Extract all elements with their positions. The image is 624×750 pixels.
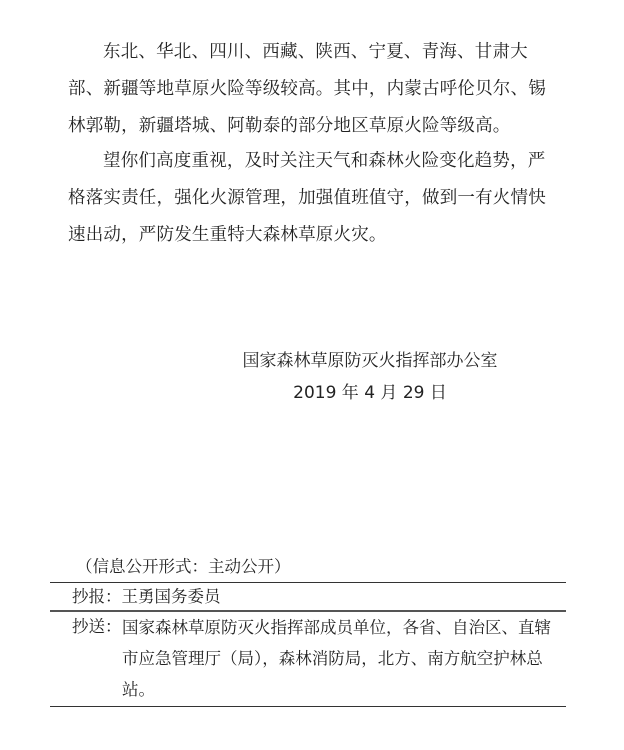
body-paragraph-2: 望你们高度重视，及时关注天气和森林火险变化趋势，严格落实责任，强化火源管理，加强… <box>68 143 558 254</box>
body-paragraph-1: 东北、华北、四川、西藏、陕西、宁夏、青海、甘肃大部、新疆等地草原火险等级较高。其… <box>68 34 558 145</box>
disclosure-note: （信息公开形式：主动公开） <box>76 552 291 582</box>
cc-report-value: 王勇国务委员 <box>122 587 221 606</box>
signature-organization: 国家森林草原防灭火指挥部办公室 <box>200 345 540 377</box>
cc-report-label: 抄报： <box>72 587 122 606</box>
divider-bottom <box>50 706 566 707</box>
cc-send-label: 抄送： <box>72 612 122 642</box>
cc-report: 抄报：王勇国务委员 <box>72 582 221 612</box>
signature-date: 2019 年 4 月 29 日 <box>200 377 540 409</box>
cc-send-value: 国家森林草原防灭火指挥部成员单位，各省、自治区、直辖市应急管理厅（局），森林消防… <box>122 612 552 705</box>
